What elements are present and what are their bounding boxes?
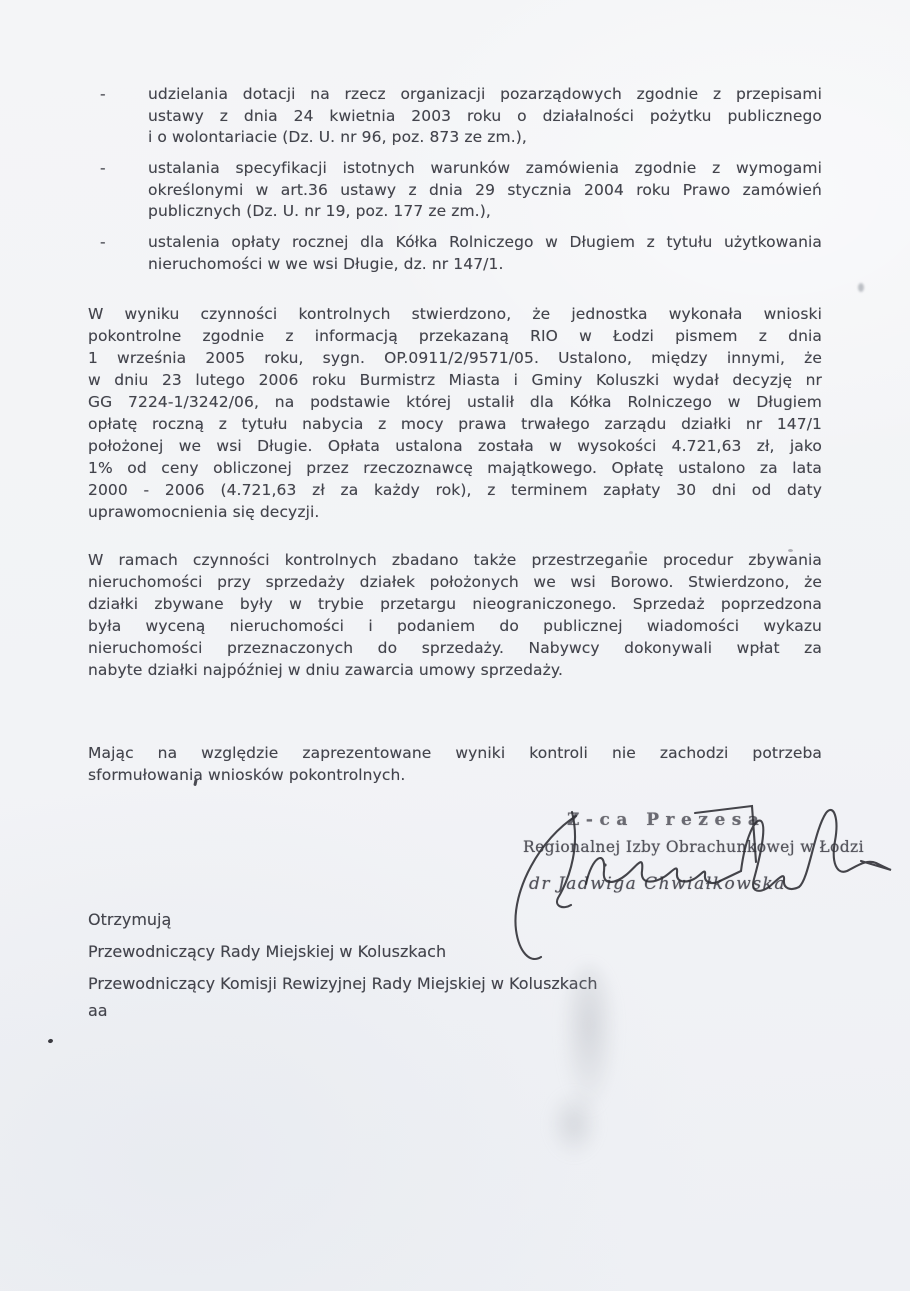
bullet-item: - ustalania specyfikacji istotnych warun… [148, 158, 822, 223]
text-line: Mając na względzie zaprezentowane wyniki… [88, 742, 822, 764]
text-line: ustalania specyfikacji istotnych warunkó… [148, 158, 822, 180]
scanned-page: - udzielania dotacji na rzecz organizacj… [0, 0, 910, 1291]
text-line: nieruchomości przeznaczonych do sprzedaż… [88, 637, 822, 659]
recipient-item: Przewodniczący Komisji Rewizyjnej Rady M… [88, 974, 598, 993]
text-line: uprawomocnienia się decyzji. [88, 501, 822, 523]
text-line: GG 7224-1/3242/06, na podstawie której u… [88, 391, 822, 413]
text-line: nieruchomości w we wsi Długie, dz. nr 14… [148, 254, 822, 276]
text-line: nieruchomości przy sprzedaży działek poł… [88, 571, 822, 593]
bullet-marker: - [100, 158, 106, 180]
text-line: była wyceną nieruchomości i podaniem do … [88, 615, 822, 637]
ink-speck [629, 551, 633, 554]
bullet-item: - ustalenia opłaty rocznej dla Kółka Rol… [148, 232, 822, 275]
bullet-item: - udzielania dotacji na rzecz organizacj… [148, 84, 822, 149]
text-line: 1% od ceny obliczonej przez rzeczoznawcę… [88, 457, 822, 479]
bullet-marker: - [100, 232, 106, 254]
ink-speck [858, 283, 864, 292]
text-line: opłatę roczną z tytułu nabycia z mocy pr… [88, 413, 822, 435]
file-copy-note: aa [88, 1001, 108, 1020]
bullet-marker: - [100, 84, 106, 106]
text-line: położonej we wsi Długie. Opłata ustalona… [88, 435, 822, 457]
text-line: nabyte działki najpóźniej w dniu zawarci… [88, 659, 822, 681]
text-line: ustalenia opłaty rocznej dla Kółka Rolni… [148, 232, 822, 254]
text-line: W ramach czynności kontrolnych zbadano t… [88, 549, 822, 571]
text-line: określonymi w art.36 ustawy z dnia 29 st… [148, 180, 822, 202]
text-line: ustawy z dnia 24 kwietnia 2003 roku o dz… [148, 106, 822, 128]
paragraph-findings: W wyniku czynności kontrolnych stwierdzo… [88, 303, 822, 523]
text-line: udzielania dotacji na rzecz organizacji … [148, 84, 822, 106]
ink-speck [47, 1038, 53, 1043]
text-line: 2000 - 2006 (4.721,63 zł za każdy rok), … [88, 479, 822, 501]
text-line: w dniu 23 lutego 2006 roku Burmistrz Mia… [88, 369, 822, 391]
text-line: publicznych (Dz. U. nr 19, poz. 177 ze z… [148, 201, 822, 223]
text-line: działki zbywane były w trybie przetargu … [88, 593, 822, 615]
recipients-heading: Otrzymują [88, 910, 171, 929]
recipient-item: Przewodniczący Rady Miejskiej w Koluszka… [88, 942, 446, 961]
text-line: i o wolontariacie (Dz. U. nr 96, poz. 87… [148, 127, 822, 149]
handwritten-signature [455, 778, 905, 983]
ink-smudge [548, 1090, 600, 1158]
paragraph-sales-procedures: W ramach czynności kontrolnych zbadano t… [88, 549, 822, 681]
text-line: pokontrolne zgodnie z informacją przekaz… [88, 325, 822, 347]
text-line: 1 września 2005 roku, sygn. OP.0911/2/95… [88, 347, 822, 369]
text-line: W wyniku czynności kontrolnych stwierdzo… [88, 303, 822, 325]
ink-speck [788, 549, 793, 552]
